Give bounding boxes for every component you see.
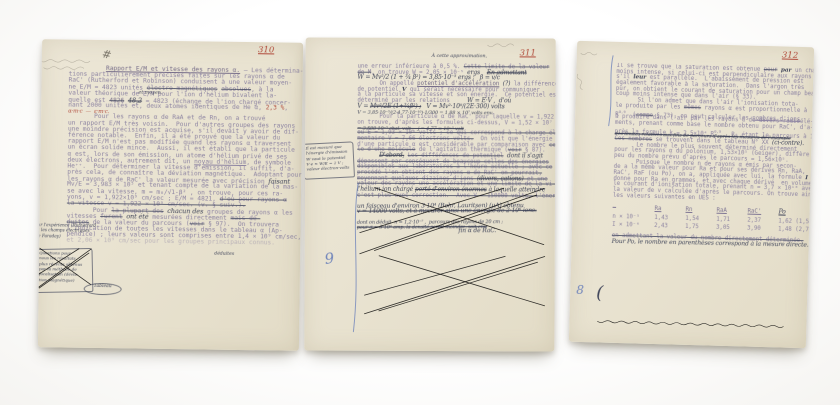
hand-parenthesis: (: [596, 281, 604, 305]
hash-mark: #: [100, 47, 112, 63]
manuscript-page-1: Rapport E/M et vitesse des rayons α. — L…: [38, 39, 303, 351]
margin-note: Questions pour nous les résultats plus r…: [39, 250, 83, 282]
blue-number: 9: [323, 249, 335, 270]
pencil-note: [581, 51, 597, 56]
crossout-strokes: [38, 248, 91, 291]
crossout-strokes: [364, 256, 544, 315]
catalog-photo: Rapport E/M et vitesse des rayons α. — L…: [0, 0, 840, 405]
pencil-note: [488, 42, 514, 48]
pencil-note: [40, 58, 90, 64]
blue-number: 8: [576, 283, 584, 299]
ink-insertion: et moyen.: [138, 91, 162, 98]
manuscript-page-3: Il se trouve que la saturation est obten…: [569, 41, 814, 349]
ink-insertion: déduites: [214, 252, 234, 258]
annotations-layer: 3128(: [569, 41, 814, 349]
page-number: 310: [258, 45, 274, 56]
margin-note-box: [38, 248, 94, 293]
ink-insertion: À cette approximation,: [432, 54, 488, 60]
margin-note: Il est mesuré que l'énergie d'émission W…: [306, 144, 350, 173]
blue-margin-line: [607, 56, 615, 126]
margin-note-box: [304, 141, 355, 179]
pencil-note: [575, 73, 585, 90]
annotations-layer: #310et moyen.sur l'expérience (Rutherfor…: [38, 39, 303, 351]
annotations-layer: 311À cette approximation,Il est mesuré q…: [304, 37, 555, 351]
page-number: 312: [782, 50, 799, 61]
manuscript-page-2: une erreur inférieure à 0,5 %. Cette lim…: [304, 37, 555, 351]
pencil-note: [44, 65, 84, 71]
margin-note: sur l'expérience (Rutherford et les cham…: [38, 222, 96, 239]
page-number: 311: [520, 48, 536, 59]
underline-flourish: [597, 319, 783, 328]
blue-margin-line: [350, 184, 361, 332]
crossout-strokes: [360, 188, 544, 255]
circled-word: Tableau: [84, 283, 122, 296]
